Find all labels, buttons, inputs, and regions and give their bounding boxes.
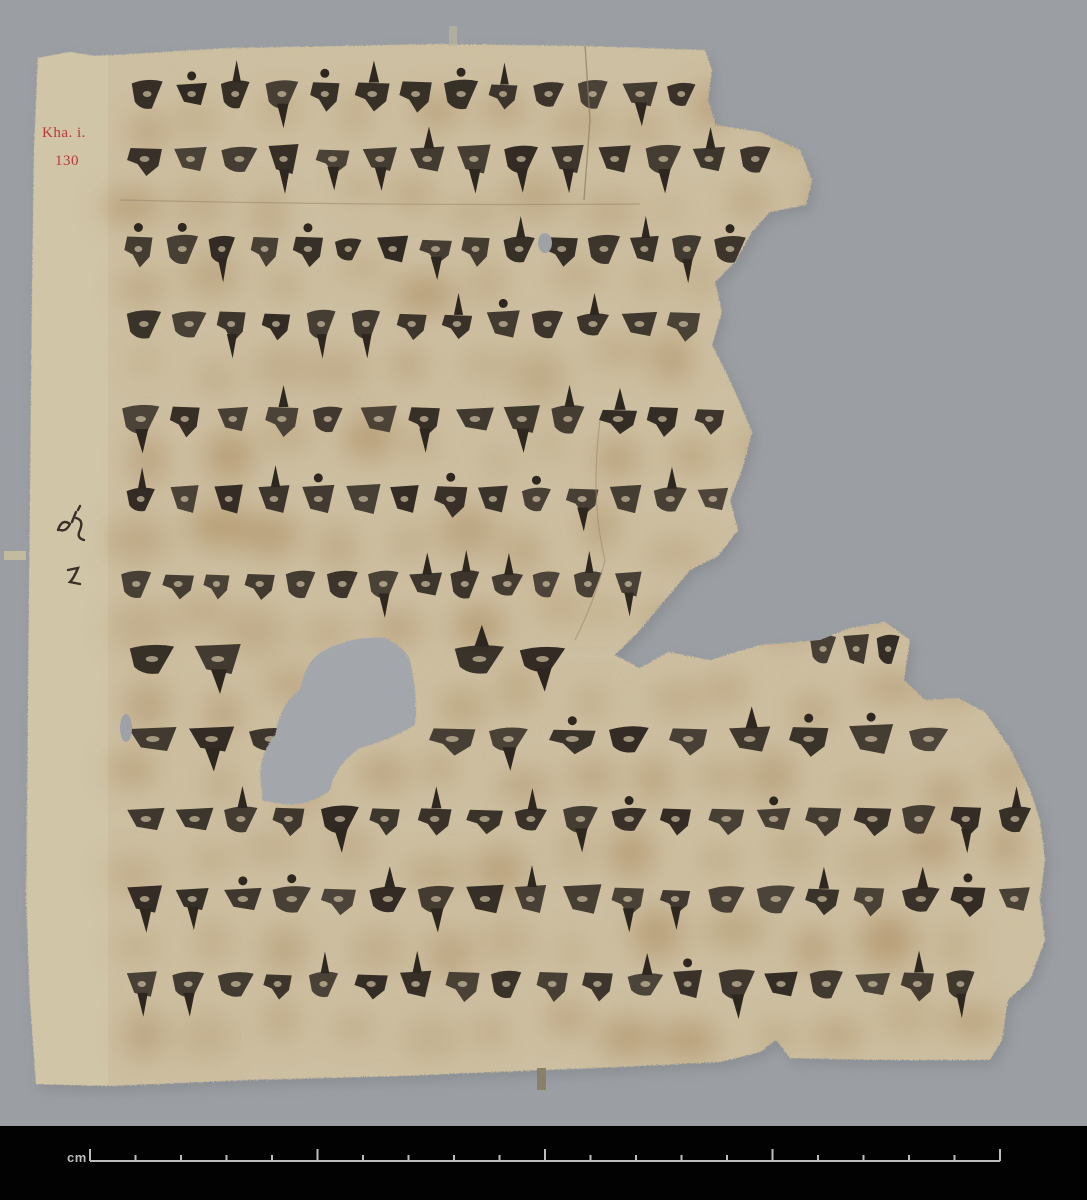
mount-pin-bottom [537, 1068, 546, 1090]
manuscript-fragment [0, 0, 1087, 1126]
mount-tab-top [449, 26, 457, 46]
shelfmark-label: Kha. i. [42, 124, 86, 142]
small-hole [538, 233, 552, 253]
manuscript-photo: Kha. i. 130 [0, 0, 1087, 1126]
shelfmark-number: 130 [55, 152, 79, 170]
mount-tab-left [4, 551, 26, 560]
scale-ruler [0, 1126, 1087, 1200]
small-hole [120, 714, 132, 742]
paper-texture [0, 0, 1087, 1126]
